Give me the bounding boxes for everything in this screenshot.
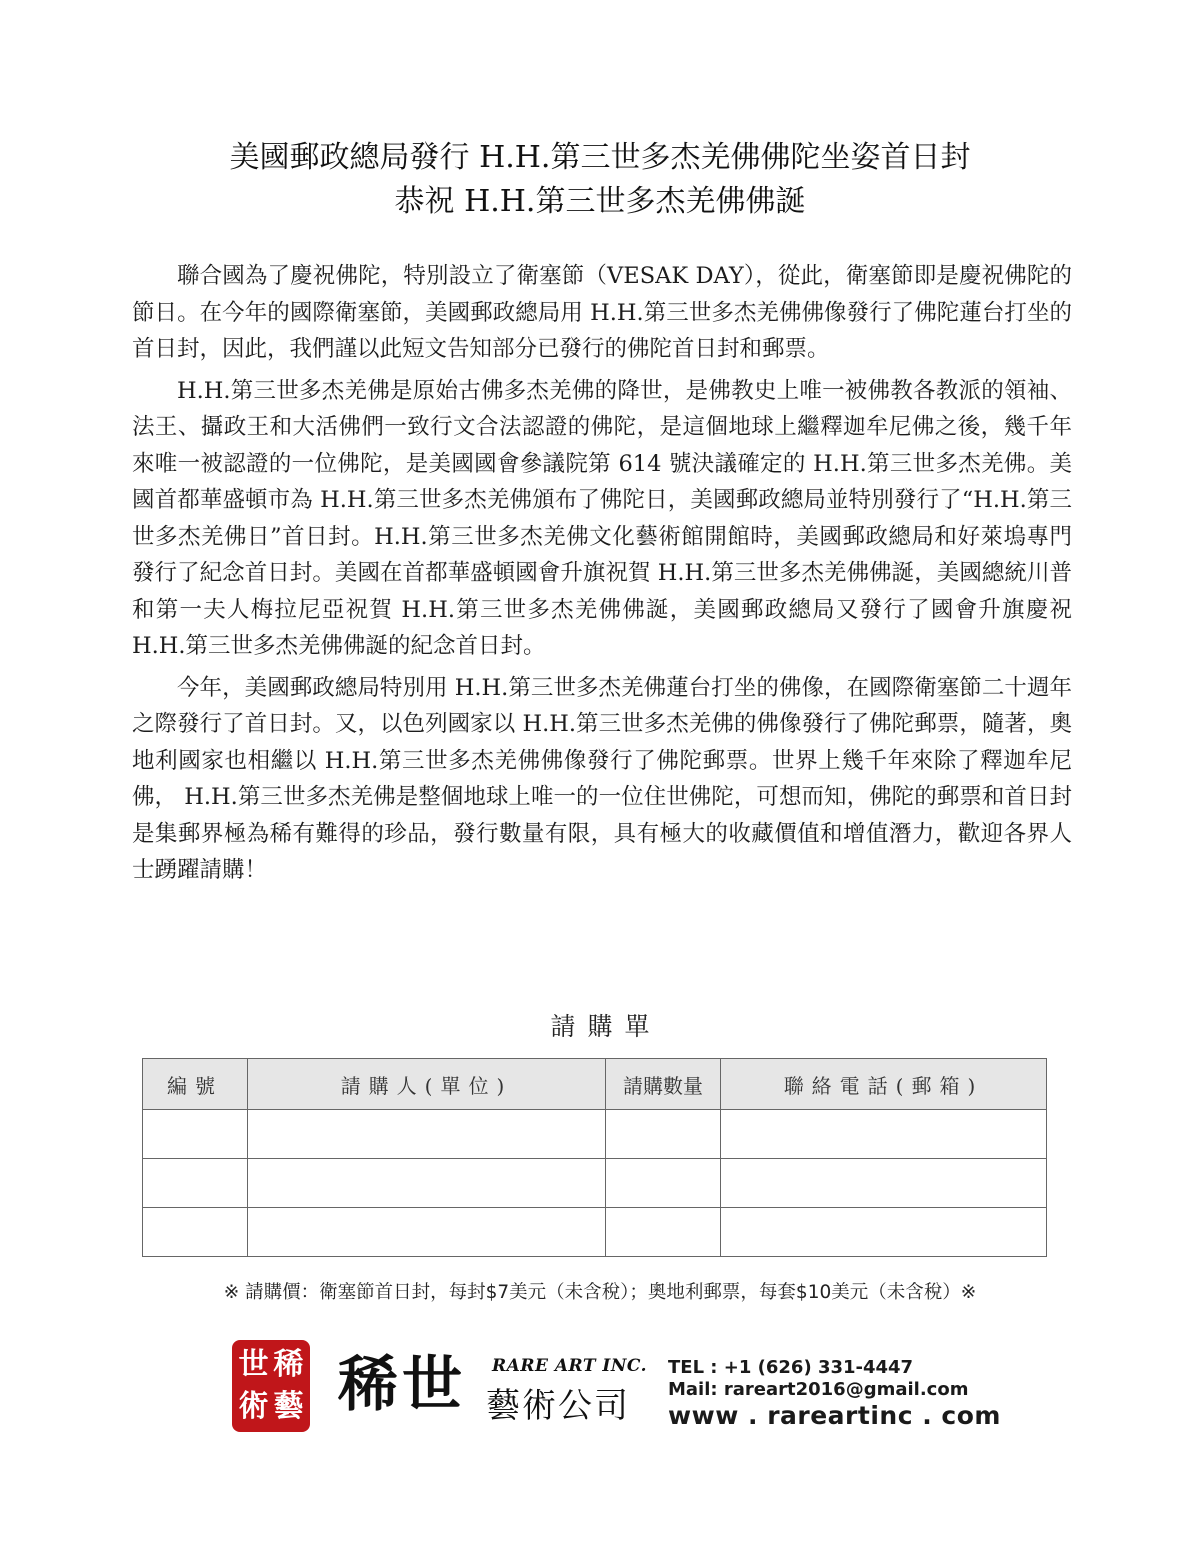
seal-char: 術 <box>236 1386 271 1428</box>
cell-quantity[interactable] <box>606 1208 721 1257</box>
cell-number[interactable] <box>143 1208 248 1257</box>
cell-number[interactable] <box>143 1159 248 1208</box>
table-header-row: 編號 請購人(單位) 請購數量 聯絡電話(郵箱) <box>143 1059 1047 1110</box>
table-row <box>143 1208 1047 1257</box>
cell-contact[interactable] <box>721 1110 1047 1159</box>
paragraph-2: H.H.第三世多杰羌佛是原始古佛多杰羌佛的降世，是佛教史上唯一被佛教各教派的領袖… <box>132 373 1072 665</box>
table-row <box>143 1110 1047 1159</box>
red-seal-logo-icon: 世 稀 術 藝 <box>232 1340 310 1432</box>
cell-purchaser[interactable] <box>248 1208 606 1257</box>
cell-quantity[interactable] <box>606 1159 721 1208</box>
cell-number[interactable] <box>143 1110 248 1159</box>
column-header-number: 編號 <box>143 1059 248 1110</box>
contact-phone: TEL : +1 (626) 331-4447 <box>668 1357 1001 1379</box>
seal-char: 藝 <box>271 1386 306 1428</box>
seal-char: 世 <box>236 1344 271 1386</box>
document-title-line2: 恭祝 H.H.第三世多杰羌佛佛誕 <box>0 180 1200 224</box>
seal-char: 稀 <box>271 1344 306 1386</box>
order-form-table: 編號 請購人(單位) 請購數量 聯絡電話(郵箱) <box>142 1058 1047 1257</box>
contact-website[interactable]: www . rareartinc . com <box>668 1401 1001 1431</box>
paragraph-1: 聯合國為了慶祝佛陀，特別設立了衛塞節（VESAK DAY），從此，衛塞節即是慶祝… <box>132 258 1072 368</box>
column-header-quantity: 請購數量 <box>606 1059 721 1110</box>
document-body: 聯合國為了慶祝佛陀，特別設立了衛塞節（VESAK DAY），從此，衛塞節即是慶祝… <box>132 258 1072 894</box>
price-note: ※ 請購價：衛塞節首日封，每封$7美元（未含稅）；奧地利郵票，每套$10美元（未… <box>0 1278 1200 1304</box>
document-title-line1: 美國郵政總局發行 H.H.第三世多杰羌佛佛陀坐姿首日封 <box>0 136 1200 180</box>
paragraph-3: 今年，美國郵政總局特別用 H.H.第三世多杰羌佛蓮台打坐的佛像，在國際衛塞節二十… <box>132 670 1072 889</box>
cell-contact[interactable] <box>721 1159 1047 1208</box>
table-row <box>143 1159 1047 1208</box>
contact-email[interactable]: Mail: rareart2016@gmail.com <box>668 1379 1001 1401</box>
cell-purchaser[interactable] <box>248 1159 606 1208</box>
column-header-purchaser: 請購人(單位) <box>248 1059 606 1110</box>
brand-name-chinese: 稀世 <box>338 1340 466 1430</box>
order-form-title: 請購單 <box>0 1007 1200 1043</box>
cell-contact[interactable] <box>721 1208 1047 1257</box>
brand-subtitle: 藝術公司 <box>486 1378 630 1427</box>
cell-purchaser[interactable] <box>248 1110 606 1159</box>
brand-name-english: RARE ART INC. <box>492 1356 647 1376</box>
contact-block: TEL : +1 (626) 331-4447 Mail: rareart201… <box>668 1357 1001 1431</box>
column-header-contact: 聯絡電話(郵箱) <box>721 1059 1047 1110</box>
cell-quantity[interactable] <box>606 1110 721 1159</box>
